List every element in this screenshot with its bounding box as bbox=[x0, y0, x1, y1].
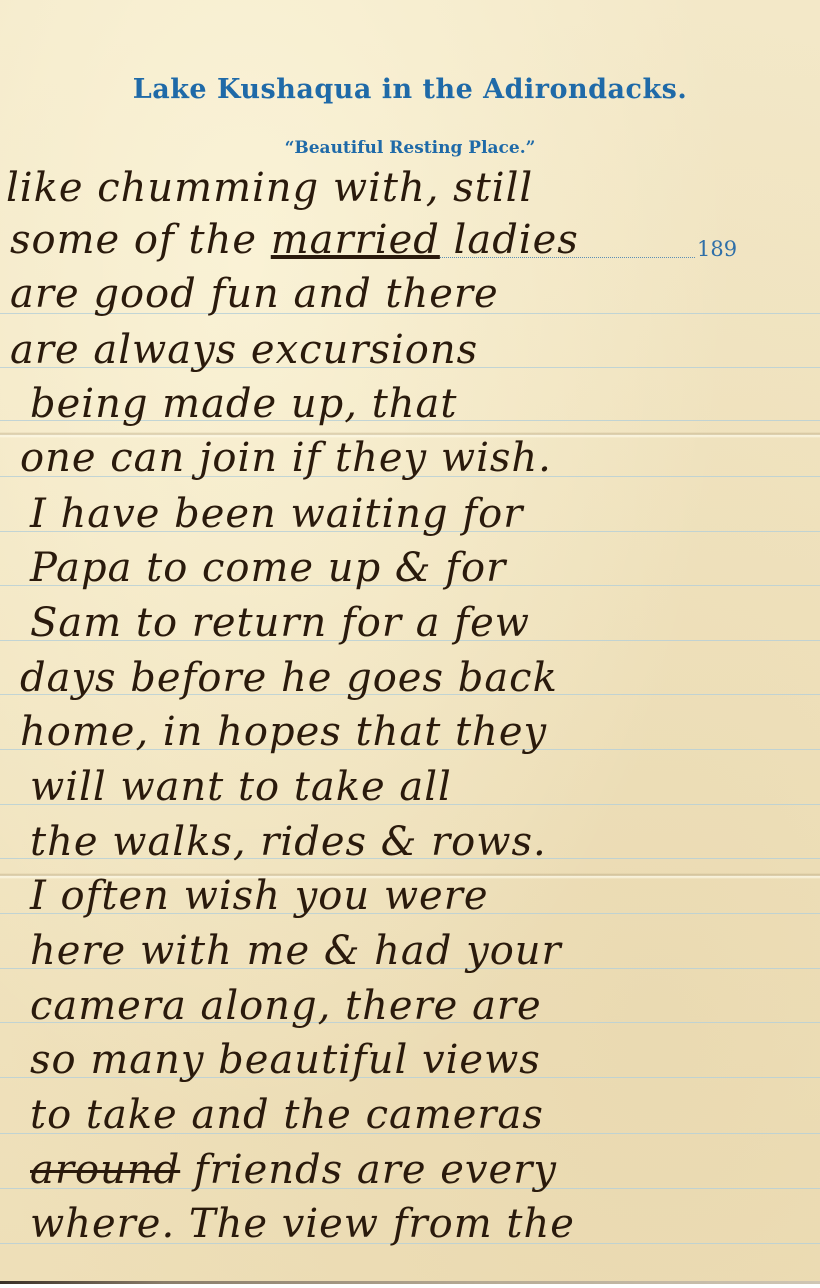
struck-word: around bbox=[30, 1147, 180, 1193]
handwritten-line: home, in hopes that they bbox=[20, 706, 820, 758]
letter-page: Lake Kushaqua in the Adirondacks. “Beaut… bbox=[0, 0, 820, 1284]
handwritten-line: around friends are every bbox=[30, 1144, 820, 1196]
line-text: will want to take all bbox=[30, 764, 452, 810]
line-text: here with me & had your bbox=[30, 928, 562, 974]
page-bottom-edge bbox=[0, 1281, 820, 1284]
line-text: ladies bbox=[440, 217, 579, 263]
line-text: being made up, that bbox=[30, 381, 457, 427]
line-text: home, in hopes that they bbox=[20, 709, 547, 755]
line-text: camera along, there are bbox=[30, 983, 542, 1029]
handwritten-line: are always excursions bbox=[10, 324, 820, 376]
handwritten-line: where. The view from the bbox=[30, 1198, 820, 1250]
underlined-word: married bbox=[271, 217, 440, 263]
handwritten-line: Sam to return for a few bbox=[30, 597, 820, 649]
handwritten-line: one can join if they wish. bbox=[20, 432, 820, 484]
letterhead-title: Lake Kushaqua in the Adirondacks. bbox=[0, 74, 820, 105]
line-text: days before he goes back bbox=[20, 655, 558, 701]
line-text: are always excursions bbox=[10, 327, 478, 373]
handwritten-line: will want to take all bbox=[30, 761, 820, 813]
handwritten-line: here with me & had your bbox=[30, 925, 820, 977]
line-text: are good fun and there bbox=[10, 271, 499, 317]
handwritten-line: days before he goes back bbox=[20, 652, 820, 704]
handwritten-line: are good fun and there bbox=[10, 268, 820, 320]
line-text: one can join if they wish. bbox=[20, 435, 552, 481]
line-text: I often wish you were bbox=[30, 873, 489, 919]
line-text: like chumming with, still bbox=[6, 165, 533, 211]
handwritten-line: being made up, that bbox=[30, 378, 820, 430]
line-text: Sam to return for a few bbox=[30, 600, 530, 646]
handwritten-line: like chumming with, still bbox=[6, 162, 820, 214]
line-text: where. The view from the bbox=[30, 1201, 575, 1247]
line-text: to take and the cameras bbox=[30, 1092, 544, 1138]
line-text: I have been waiting for bbox=[30, 491, 523, 537]
handwritten-line: I have been waiting for bbox=[30, 488, 820, 540]
handwritten-line: Papa to come up & for bbox=[30, 542, 820, 594]
line-text: some of the bbox=[10, 217, 271, 263]
line-text: so many beautiful views bbox=[30, 1037, 541, 1083]
letterhead-subtitle: “Beautiful Resting Place.” bbox=[0, 138, 820, 158]
handwritten-line: camera along, there are bbox=[30, 980, 820, 1032]
line-text: the walks, rides & rows. bbox=[30, 819, 547, 865]
handwritten-line: the walks, rides & rows. bbox=[30, 816, 820, 868]
handwritten-line: to take and the cameras bbox=[30, 1089, 820, 1141]
handwritten-line: so many beautiful views bbox=[30, 1034, 820, 1086]
line-text: friends are every bbox=[180, 1147, 557, 1193]
line-text: Papa to come up & for bbox=[30, 545, 506, 591]
handwritten-line: some of the married ladies bbox=[10, 214, 820, 266]
handwritten-line: I often wish you were bbox=[30, 870, 820, 922]
